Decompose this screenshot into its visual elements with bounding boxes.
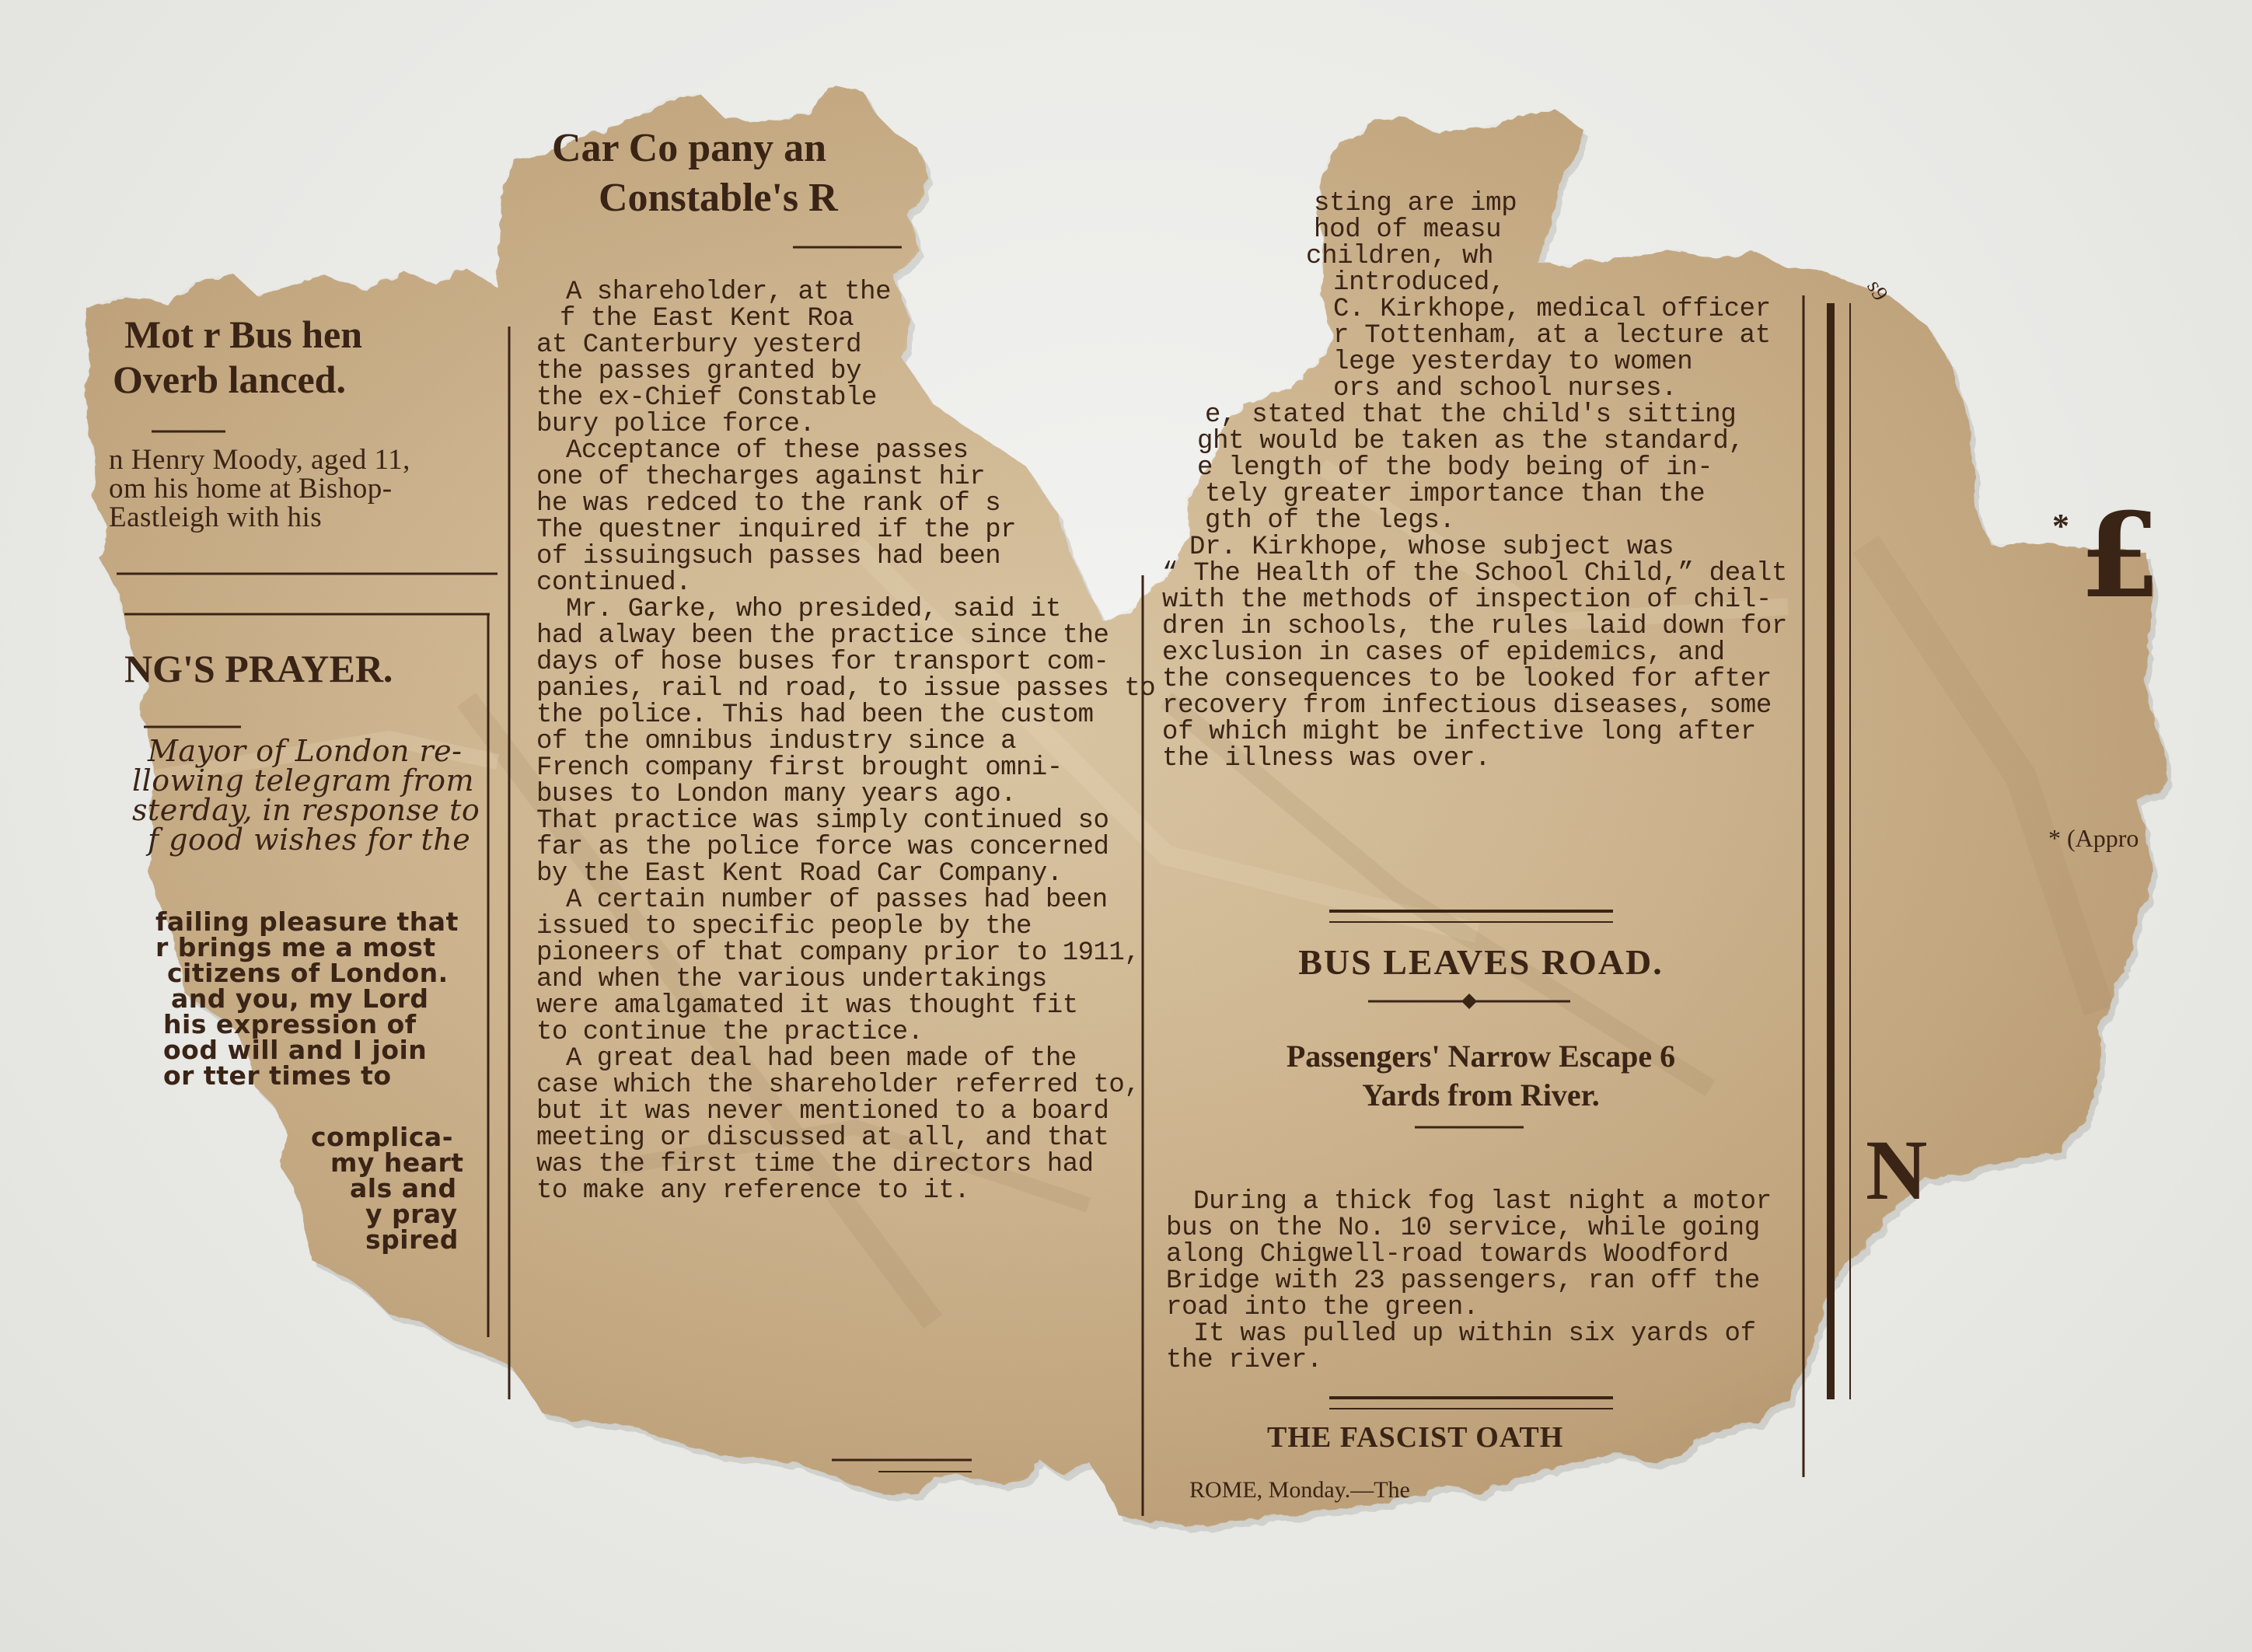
body-line: he was redced to the rank of s: [536, 491, 1127, 517]
body-line: That practice was simply continued so: [536, 808, 1127, 834]
body-line: at Canterbury yesterd: [536, 332, 1127, 358]
body-line: r Tottenham, at a lecture at: [1158, 323, 1803, 349]
body-line: ght would be taken as the standard,: [1158, 428, 1803, 455]
body-line: e length of the body being of in-: [1158, 455, 1803, 481]
body-line: recovery from infectious diseases, some: [1158, 693, 1803, 719]
body-line: Dr. Kirkhope, whose subject was: [1158, 534, 1803, 561]
body-line: but it was never mentioned to a board: [536, 1098, 1127, 1125]
italic-line: f good wishes for the: [132, 825, 490, 854]
body-line: the passes granted by: [536, 358, 1127, 385]
article-motor-bus: Mot r Bus hen Overb lanced. n Henry Mood…: [109, 315, 498, 532]
body-line: of issuingsuch passes had been: [536, 543, 1127, 570]
corner-text: s9: [1863, 277, 1891, 305]
body-line: bus on the No. 10 service, while going: [1158, 1215, 1803, 1242]
headline-bus-leaves-road: BUS LEAVES ROAD.: [1158, 945, 1803, 980]
body-line: A certain number of passes had been: [536, 887, 1127, 913]
column-2: Car Co pany an Constable's R A sharehold…: [536, 128, 1127, 1204]
bold-line: failing pleasure that: [155, 909, 490, 934]
headline-line: Overb lanced.: [109, 360, 498, 399]
body-line: far as the police force was concerned: [536, 834, 1127, 861]
bold-line: als and: [155, 1175, 490, 1201]
dateline: ROME, Monday.—The: [1189, 1479, 1734, 1502]
article-fascist-oath: THE FASCIST OATH ROME, Monday.—The: [1189, 1423, 1734, 1502]
body-line: of which might be infective long after: [1158, 719, 1803, 746]
photo-scene: Mot r Bus hen Overb lanced. n Henry Mood…: [0, 0, 2252, 1652]
body-line: During a thick fog last night a motor: [1158, 1189, 1803, 1215]
body-line: Eastleigh with his: [109, 503, 498, 532]
body-line: panies, rail nd road, to issue passes to: [536, 676, 1127, 702]
body-line: days of hose buses for transport com-: [536, 649, 1127, 676]
body-line: the police. This had been the custom: [536, 702, 1127, 728]
bold-line: r brings me a most: [155, 934, 490, 960]
body-line: along Chigwell-road towards Woodford: [1158, 1242, 1803, 1268]
body-line: and when the various undertakings: [536, 966, 1127, 993]
body-line: one of thecharges against hir: [536, 464, 1127, 491]
body-line: case which the shareholder referred to,: [536, 1072, 1127, 1098]
italic-line: llowing telegram from: [132, 766, 490, 795]
bold-line: ood will and I join: [155, 1037, 490, 1063]
body-line: French company first brought omni-: [536, 755, 1127, 781]
bold-line: citizens of London.: [155, 960, 490, 986]
pound-sign: £: [2079, 498, 2160, 614]
headline-fascist-oath: THE FASCIST OATH: [1189, 1423, 1734, 1452]
bold-line: and you, my Lord: [155, 986, 490, 1011]
body-line: gth of the legs.: [1158, 508, 1803, 534]
headline-line: Mot r Bus hen: [109, 315, 498, 354]
bold-line: y pray: [155, 1201, 490, 1227]
body-line: pioneers of that company prior to 1911,: [536, 940, 1127, 966]
body-line: exclusion in cases of epidemics, and: [1158, 640, 1803, 666]
body-line: were amalgamated it was thought fit: [536, 993, 1127, 1019]
body-line: It was pulled up within six yards of: [1158, 1321, 1803, 1347]
body-line: buses to London many years ago.: [536, 781, 1127, 808]
body-line: the illness was over.: [1158, 746, 1803, 772]
body-line: introduced,: [1158, 270, 1803, 296]
body-line: with the methods of inspection of chil-: [1158, 587, 1803, 613]
italic-line: sterday, in response to: [132, 795, 490, 825]
body-line: the ex-Chief Constable: [536, 385, 1127, 411]
bold-line: his expression of: [155, 1011, 490, 1037]
body-line: the river.: [1158, 1347, 1803, 1374]
subheadline-line: Yards from River.: [1158, 1080, 1803, 1111]
body-line: The questner inquired if the pr: [536, 517, 1127, 543]
body-line: by the East Kent Road Car Company.: [536, 861, 1127, 887]
article-bus-leaves-road: BUS LEAVES ROAD. Passengers' Narrow Esca…: [1158, 945, 1803, 1374]
column-3: sting are imp hod of measu children, wh …: [1158, 190, 1803, 772]
body-line: A great deal had been made of the: [536, 1046, 1127, 1072]
bold-line: my heart: [155, 1150, 490, 1175]
body-line: sting are imp: [1158, 190, 1803, 217]
body-line: e, stated that the child's sitting: [1158, 402, 1803, 428]
body-line: “ The Health of the School Child,” dealt: [1158, 561, 1803, 587]
body-line: issued to specific people by the: [536, 913, 1127, 940]
bold-line: or tter times to: [155, 1063, 490, 1088]
body-line: ors and school nurses.: [1158, 375, 1803, 402]
body-line: road into the green.: [1158, 1294, 1803, 1321]
body-line: had alway been the practice since the: [536, 623, 1127, 649]
body-line: the consequences to be looked for after: [1158, 666, 1803, 693]
bold-line: [155, 1088, 490, 1124]
body-line: of the omnibus industry since a: [536, 728, 1127, 755]
body-line: lege yesterday to women: [1158, 349, 1803, 375]
body-line: to make any reference to it.: [536, 1178, 1127, 1204]
headline-kings-prayer: NG'S PRAYER.: [124, 649, 490, 688]
body-line: n Henry Moody, aged 11,: [109, 445, 498, 474]
column-1: Mot r Bus hen Overb lanced. n Henry Mood…: [109, 315, 498, 532]
body-line: f the East Kent Roa: [536, 306, 1127, 332]
body-line: C. Kirkhope, medical officer: [1158, 296, 1803, 323]
body-line: to continue the practice.: [536, 1019, 1127, 1046]
headline-line: Car Co pany an: [536, 128, 1127, 169]
body-line: hod of measu: [1158, 217, 1803, 243]
body-line: om his home at Bishop-: [109, 474, 498, 503]
body-line: Acceptance of these passes: [536, 438, 1127, 464]
body-line: bury police force.: [536, 411, 1127, 438]
body-line: meeting or discussed at all, and that: [536, 1125, 1127, 1151]
column-1-prayer: NG'S PRAYER. Mayor of London re- llowing…: [124, 649, 490, 1252]
subheadline-line: Passengers' Narrow Escape 6: [1158, 1041, 1803, 1072]
column-4-fragment: s9 * £ * (Appro N: [1866, 272, 2161, 1438]
body-line: was the first time the directors had: [536, 1151, 1127, 1178]
body-line: children, wh: [1158, 243, 1803, 270]
bold-line: spired: [155, 1227, 490, 1252]
asterisk: *: [2052, 509, 2069, 543]
body-line: A shareholder, at the: [536, 279, 1127, 306]
body-line: tely greater importance than the: [1158, 481, 1803, 508]
body-line: dren in schools, the rules laid down for: [1158, 613, 1803, 640]
bold-line: complica-: [155, 1124, 490, 1150]
italic-line: Mayor of London re-: [132, 736, 490, 766]
body-line: Bridge with 23 passengers, ran off the: [1158, 1268, 1803, 1294]
headline-line: Constable's R: [536, 178, 1127, 218]
big-letter: N: [1866, 1127, 1927, 1213]
body-line: continued.: [536, 570, 1127, 596]
footnote-text: * (Appro: [2048, 826, 2139, 850]
body-line: Mr. Garke, who presided, said it: [536, 596, 1127, 623]
